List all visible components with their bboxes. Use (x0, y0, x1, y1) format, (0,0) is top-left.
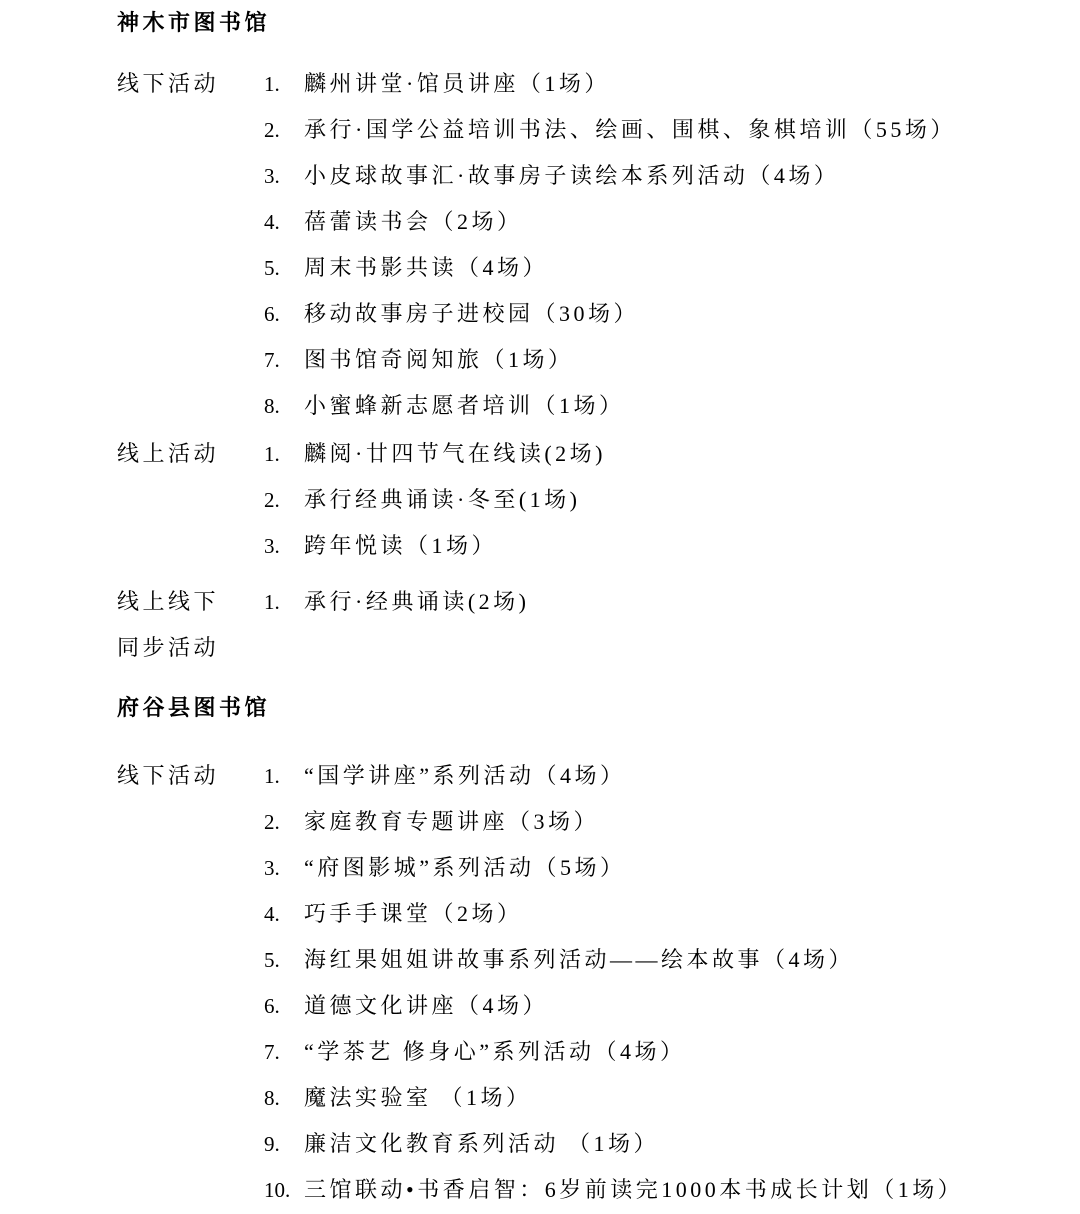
list-item: 6.移动故事房子进校园（30场） (264, 291, 956, 337)
library1-online-section: 线上活动 1.麟阅·廿四节气在线读(2场)2.承行经典诵读·冬至(1场)3.跨年… (117, 431, 1050, 569)
library1-sync-list: 1.承行·经典诵读(2场) (264, 579, 529, 625)
item-number: 2. (264, 107, 304, 153)
list-item: 1.麟阅·廿四节气在线读(2场) (264, 431, 606, 477)
list-item: 8.魔法实验室 （1场） (264, 1075, 963, 1121)
item-number: 3. (264, 153, 304, 199)
list-item: 1.承行·经典诵读(2场) (264, 579, 529, 625)
item-text: 承行经典诵读·冬至(1场) (304, 487, 580, 512)
item-text: “府图影城”系列活动（5场） (304, 855, 626, 880)
item-text: 图书馆奇阅知旅（1场） (304, 347, 574, 372)
item-text: 魔法实验室 （1场） (304, 1085, 532, 1110)
item-number: 1. (264, 579, 304, 625)
library2-offline-list: 1.“国学讲座”系列活动（4场）2.家庭教育专题讲座（3场）3.“府图影城”系列… (264, 753, 963, 1213)
item-text: 道德文化讲座（4场） (304, 993, 548, 1018)
item-number: 8. (264, 383, 304, 429)
library2-heading: 府谷县图书馆 (117, 693, 1050, 723)
list-item: 3.跨年悦读（1场） (264, 523, 606, 569)
item-text: 三馆联动•书香启智：6岁前读完1000本书成长计划（1场） (304, 1177, 963, 1202)
item-text: 移动故事房子进校园（30场） (304, 301, 639, 326)
library1-online-list: 1.麟阅·廿四节气在线读(2场)2.承行经典诵读·冬至(1场)3.跨年悦读（1场… (264, 431, 606, 569)
section-label-text-line2: 同步活动 (117, 625, 264, 671)
item-text: 蓓蕾读书会（2场） (304, 209, 523, 234)
item-number: 4. (264, 199, 304, 245)
section-label-text: 线上活动 (117, 431, 264, 477)
item-number: 5. (264, 245, 304, 291)
item-text: 承行·经典诵读(2场) (304, 589, 529, 614)
item-number: 5. (264, 937, 304, 983)
list-item: 7.图书馆奇阅知旅（1场） (264, 337, 956, 383)
section-label-text: 线下活动 (117, 61, 264, 107)
list-item: 10.三馆联动•书香启智：6岁前读完1000本书成长计划（1场） (264, 1167, 963, 1213)
library1-offline-list: 1.麟州讲堂·馆员讲座（1场）2.承行·国学公益培训书法、绘画、围棋、象棋培训（… (264, 61, 956, 429)
item-text: 麟阅·廿四节气在线读(2场) (304, 441, 606, 466)
library1-offline-section: 线下活动 1.麟州讲堂·馆员讲座（1场）2.承行·国学公益培训书法、绘画、围棋、… (117, 61, 1050, 429)
list-item: 2.承行·国学公益培训书法、绘画、围棋、象棋培训（55场） (264, 107, 956, 153)
library1-heading: 神木市图书馆 (117, 8, 1050, 38)
item-text: 海红果姐姐讲故事系列活动——绘本故事（4场） (304, 947, 854, 972)
item-text: 家庭教育专题讲座（3场） (304, 809, 599, 834)
item-number: 1. (264, 61, 304, 107)
item-number: 8. (264, 1075, 304, 1121)
item-text: 巧手手课堂（2场） (304, 901, 523, 926)
item-number: 1. (264, 753, 304, 799)
library2-offline-section: 线下活动 1.“国学讲座”系列活动（4场）2.家庭教育专题讲座（3场）3.“府图… (117, 753, 1050, 1213)
item-text: 小皮球故事汇·故事房子读绘本系列活动（4场） (304, 163, 839, 188)
item-number: 7. (264, 1029, 304, 1075)
library1-sync-label: 线上线下 同步活动 (117, 579, 264, 671)
list-item: 6.道德文化讲座（4场） (264, 983, 963, 1029)
item-number: 4. (264, 891, 304, 937)
list-item: 1.麟州讲堂·馆员讲座（1场） (264, 61, 956, 107)
item-text: “国学讲座”系列活动（4场） (304, 763, 626, 788)
item-text: 周末书影共读（4场） (304, 255, 548, 280)
item-text: 麟州讲堂·馆员讲座（1场） (304, 71, 610, 96)
library2-offline-label: 线下活动 (117, 753, 264, 799)
section-label-text-line1: 线上线下 (117, 579, 264, 625)
list-item: 3.小皮球故事汇·故事房子读绘本系列活动（4场） (264, 153, 956, 199)
library1-online-label: 线上活动 (117, 431, 264, 477)
item-number: 3. (264, 845, 304, 891)
item-number: 2. (264, 799, 304, 845)
item-number: 9. (264, 1121, 304, 1167)
item-text: 小蜜蜂新志愿者培训（1场） (304, 393, 625, 418)
library1-offline-label: 线下活动 (117, 61, 264, 107)
list-item: 9.廉洁文化教育系列活动 （1场） (264, 1121, 963, 1167)
item-number: 10. (264, 1167, 304, 1213)
item-text: “学茶艺 修身心”系列活动（4场） (304, 1039, 686, 1064)
document-page: 神木市图书馆 线下活动 1.麟州讲堂·馆员讲座（1场）2.承行·国学公益培训书法… (0, 8, 1080, 1214)
item-number: 3. (264, 523, 304, 569)
list-item: 7.“学茶艺 修身心”系列活动（4场） (264, 1029, 963, 1075)
item-text: 承行·国学公益培训书法、绘画、围棋、象棋培训（55场） (304, 117, 956, 142)
item-text: 跨年悦读（1场） (304, 533, 497, 558)
section-label-text: 线下活动 (117, 753, 264, 799)
list-item: 5.海红果姐姐讲故事系列活动——绘本故事（4场） (264, 937, 963, 983)
list-item: 4.巧手手课堂（2场） (264, 891, 963, 937)
list-item: 8.小蜜蜂新志愿者培训（1场） (264, 383, 956, 429)
item-text: 廉洁文化教育系列活动 （1场） (304, 1131, 659, 1156)
list-item: 5.周末书影共读（4场） (264, 245, 956, 291)
item-number: 2. (264, 477, 304, 523)
item-number: 1. (264, 431, 304, 477)
list-item: 2.承行经典诵读·冬至(1场) (264, 477, 606, 523)
list-item: 4.蓓蕾读书会（2场） (264, 199, 956, 245)
library1-sync-section: 线上线下 同步活动 1.承行·经典诵读(2场) (117, 579, 1050, 671)
list-item: 1.“国学讲座”系列活动（4场） (264, 753, 963, 799)
item-number: 7. (264, 337, 304, 383)
item-number: 6. (264, 983, 304, 1029)
list-item: 2.家庭教育专题讲座（3场） (264, 799, 963, 845)
list-item: 3.“府图影城”系列活动（5场） (264, 845, 963, 891)
item-number: 6. (264, 291, 304, 337)
